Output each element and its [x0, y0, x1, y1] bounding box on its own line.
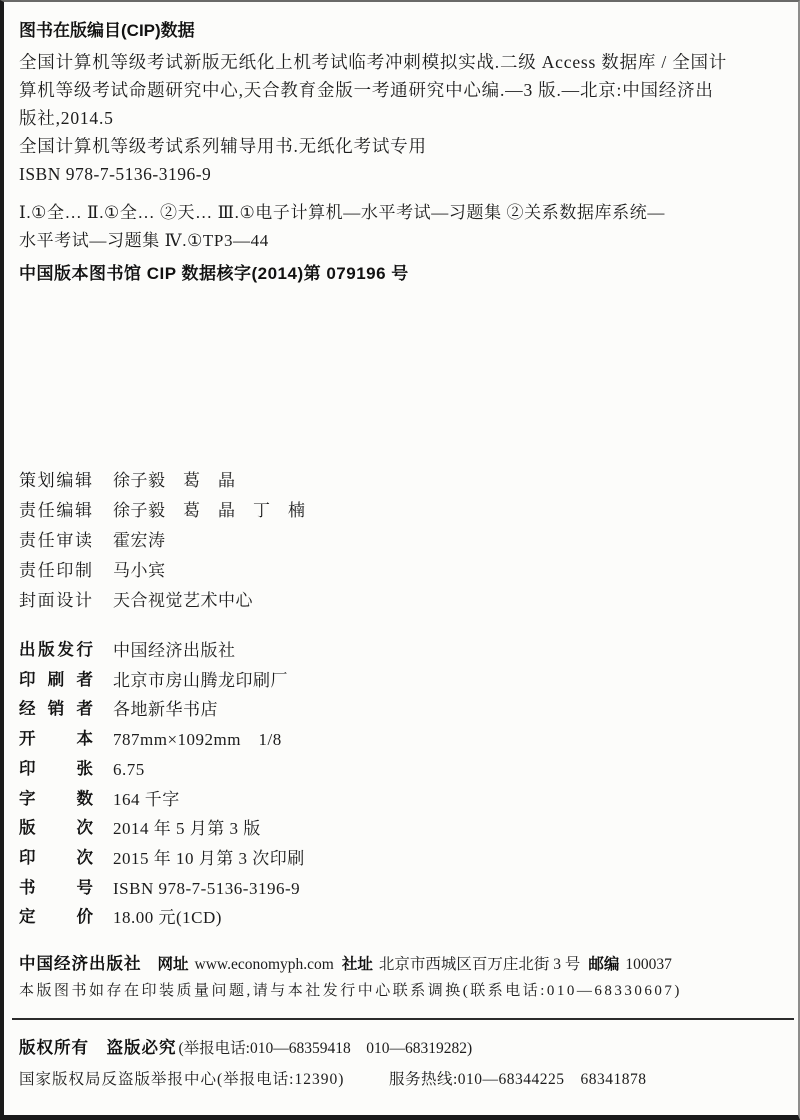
field-label: 书 号 — [19, 874, 93, 904]
series-note: 全国计算机等级考试系列辅导用书.无纸化考试专用 — [19, 132, 427, 160]
publication-row: 定 价18.00 元(1CD) — [19, 903, 305, 933]
field-value: 马小宾 — [113, 561, 166, 580]
editorial-credits: 策划编辑徐子毅 葛 晶责任编辑徐子毅 葛 晶 丁 楠责任审读霍宏涛责任印制马小宾… — [19, 466, 306, 616]
field-value: 787mm×1092mm 1/8 — [113, 730, 282, 749]
publisher-address: 北京市西城区百万庄北街 3 号 — [379, 956, 581, 973]
publication-row: 出版发行中国经济出版社 — [19, 636, 305, 666]
publication-row: 印 张6.75 — [19, 755, 305, 785]
publication-row: 印 刷 者北京市房山腾龙印刷厂 — [19, 666, 305, 696]
publication-row: 书 号ISBN 978-7-5136-3196-9 — [19, 874, 305, 904]
field-value: 18.00 元(1CD) — [113, 908, 222, 927]
field-label: 字 数 — [19, 785, 93, 815]
publisher-name: 中国经济出版社 — [19, 955, 142, 973]
field-label: 定 价 — [19, 903, 93, 933]
rights-reserved-text: 版权所有 盗版必究 — [19, 1039, 177, 1057]
field-value: 天合视觉艺术中心 — [113, 591, 253, 610]
publication-row: 版 次2014 年 5 月第 3 版 — [19, 814, 305, 844]
field-value: 中国经济出版社 — [113, 641, 236, 660]
field-label: 经 销 者 — [19, 695, 93, 725]
field-value: 2014 年 5 月第 3 版 — [113, 819, 261, 838]
field-label: 责任编辑 — [19, 496, 93, 526]
credit-row: 责任印制马小宾 — [19, 556, 306, 586]
field-value: 各地新华书店 — [113, 700, 218, 719]
cip-heading: 图书在版编目(CIP)数据 — [19, 16, 195, 41]
cip-classification: Ⅰ.①全… Ⅱ.①全… ②天… Ⅲ.①电子计算机—水平考试—习题集 ②关系数据库… — [19, 199, 665, 255]
field-value: 霍宏涛 — [113, 531, 166, 550]
credit-row: 责任审读霍宏涛 — [19, 526, 306, 556]
address-label: 社址 — [342, 956, 373, 973]
publication-row: 印 次2015 年 10 月第 3 次印刷 — [19, 844, 305, 874]
field-value: 164 千字 — [113, 790, 180, 809]
field-value: ISBN 978-7-5136-3196-9 — [113, 879, 300, 898]
classification-line: 水平考试—习题集 Ⅳ.①TP3—44 — [19, 227, 665, 255]
field-label: 印 刷 者 — [19, 666, 93, 696]
isbn-number: ISBN 978-7-5136-3196-9 — [19, 160, 211, 188]
publication-row: 开 本787mm×1092mm 1/8 — [19, 725, 305, 755]
postcode-label: 邮编 — [588, 956, 619, 973]
field-label: 责任审读 — [19, 526, 93, 556]
field-label: 责任印制 — [19, 556, 93, 586]
field-label: 印 张 — [19, 755, 93, 785]
cip-description-line: 算机等级考试命题研究中心,天合教育金版一考通研究中心编.—3 版.—北京:中国经… — [19, 76, 727, 104]
field-value: 徐子毅 葛 晶 — [113, 471, 236, 490]
cip-record-number: 中国版本图书馆 CIP 数据核字(2014)第 079196 号 — [19, 260, 409, 288]
field-value: 6.75 — [113, 760, 145, 779]
field-label: 出版发行 — [19, 636, 93, 666]
field-label: 版 次 — [19, 814, 93, 844]
publication-colophon: 出版发行中国经济出版社印 刷 者北京市房山腾龙印刷厂经 销 者各地新华书店开 本… — [19, 636, 305, 933]
publication-row: 经 销 者各地新华书店 — [19, 695, 305, 725]
publisher-contact-line: 中国经济出版社网址www.economyph.com社址北京市西城区百万庄北街 … — [19, 953, 672, 976]
website-label: 网址 — [158, 956, 189, 973]
field-label: 印 次 — [19, 844, 93, 874]
cip-description-line: 全国计算机等级考试新版无纸化上机考试临考冲刺模拟实战.二级 Access 数据库… — [19, 48, 727, 76]
credit-row: 责任编辑徐子毅 葛 晶 丁 楠 — [19, 496, 306, 526]
report-phones: (举报电话:010—68359418 010—68319282) — [179, 1040, 473, 1057]
service-hotline: 服务热线:010—68344225 68341878 — [389, 1068, 647, 1091]
field-value: 徐子毅 葛 晶 丁 楠 — [113, 501, 306, 520]
credit-row: 封面设计天合视觉艺术中心 — [19, 586, 306, 616]
copyright-notice: 版权所有 盗版必究(举报电话:010—68359418 010—68319282… — [19, 1037, 472, 1060]
field-label: 策划编辑 — [19, 466, 93, 496]
postcode: 100037 — [625, 956, 672, 973]
credit-row: 策划编辑徐子毅 葛 晶 — [19, 466, 306, 496]
field-label: 开 本 — [19, 725, 93, 755]
copyright-page: 图书在版编目(CIP)数据 全国计算机等级考试新版无纸化上机考试临考冲刺模拟实战… — [0, 0, 800, 1120]
cip-description-line: 版社,2014.5 — [19, 104, 727, 132]
website-url: www.economyph.com — [195, 956, 334, 973]
field-value: 2015 年 10 月第 3 次印刷 — [113, 849, 305, 868]
publication-row: 字 数164 千字 — [19, 785, 305, 815]
anti-piracy-center: 国家版权局反盗版举报中心(举报电话:12390) — [19, 1068, 344, 1091]
cip-description: 全国计算机等级考试新版无纸化上机考试临考冲刺模拟实战.二级 Access 数据库… — [19, 48, 727, 132]
field-value: 北京市房山腾龙印刷厂 — [113, 671, 288, 690]
classification-line: Ⅰ.①全… Ⅱ.①全… ②天… Ⅲ.①电子计算机—水平考试—习题集 ②关系数据库… — [19, 199, 665, 227]
divider-rule — [12, 1018, 794, 1020]
field-label: 封面设计 — [19, 586, 93, 616]
quality-notice: 本版图书如存在印装质量问题,请与本社发行中心联系调换(联系电话:010—6833… — [19, 980, 682, 1003]
